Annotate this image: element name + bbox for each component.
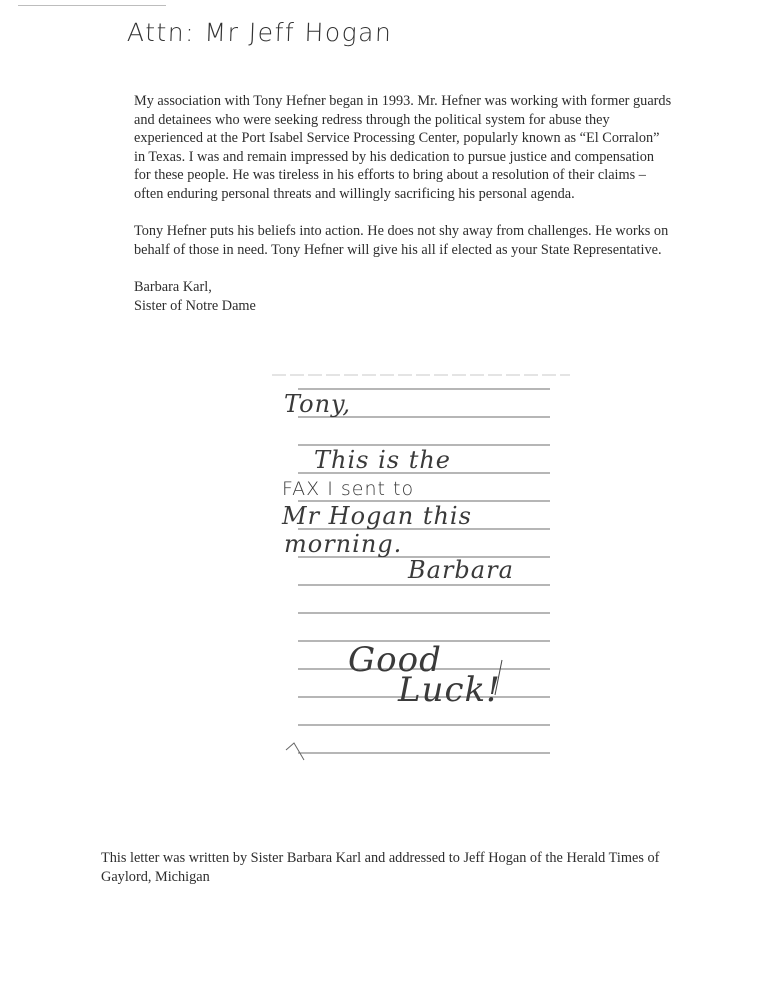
letter-body: My association with Tony Hefner began in… (134, 92, 674, 315)
attention-line: Attn: Mr Jeff Hogan (126, 18, 392, 47)
note-line-3: Mr Hogan this (282, 502, 472, 530)
letter-paragraph-1: My association with Tony Hefner began in… (134, 92, 674, 204)
note-line-1: This is the (314, 446, 451, 474)
note-line-4: morning. (284, 530, 402, 558)
caption: This letter was written by Sister Barbar… (101, 849, 681, 886)
scan-edge-line (18, 5, 166, 6)
signature-block: Barbara Karl, Sister of Notre Dame (134, 278, 674, 315)
signature-name: Barbara Karl, (134, 278, 674, 297)
note-signoff: Barbara (408, 556, 514, 584)
note-greeting: Tony, (284, 390, 351, 418)
signature-title: Sister of Notre Dame (134, 297, 674, 316)
note-line-2: FAX I sent to (282, 478, 414, 500)
note-closing-luck: Luck! (398, 670, 501, 710)
handwritten-note: Tony, This is the FAX I sent to Mr Hogan… (280, 360, 570, 780)
letter-paragraph-2: Tony Hefner puts his beliefs into action… (134, 222, 674, 259)
